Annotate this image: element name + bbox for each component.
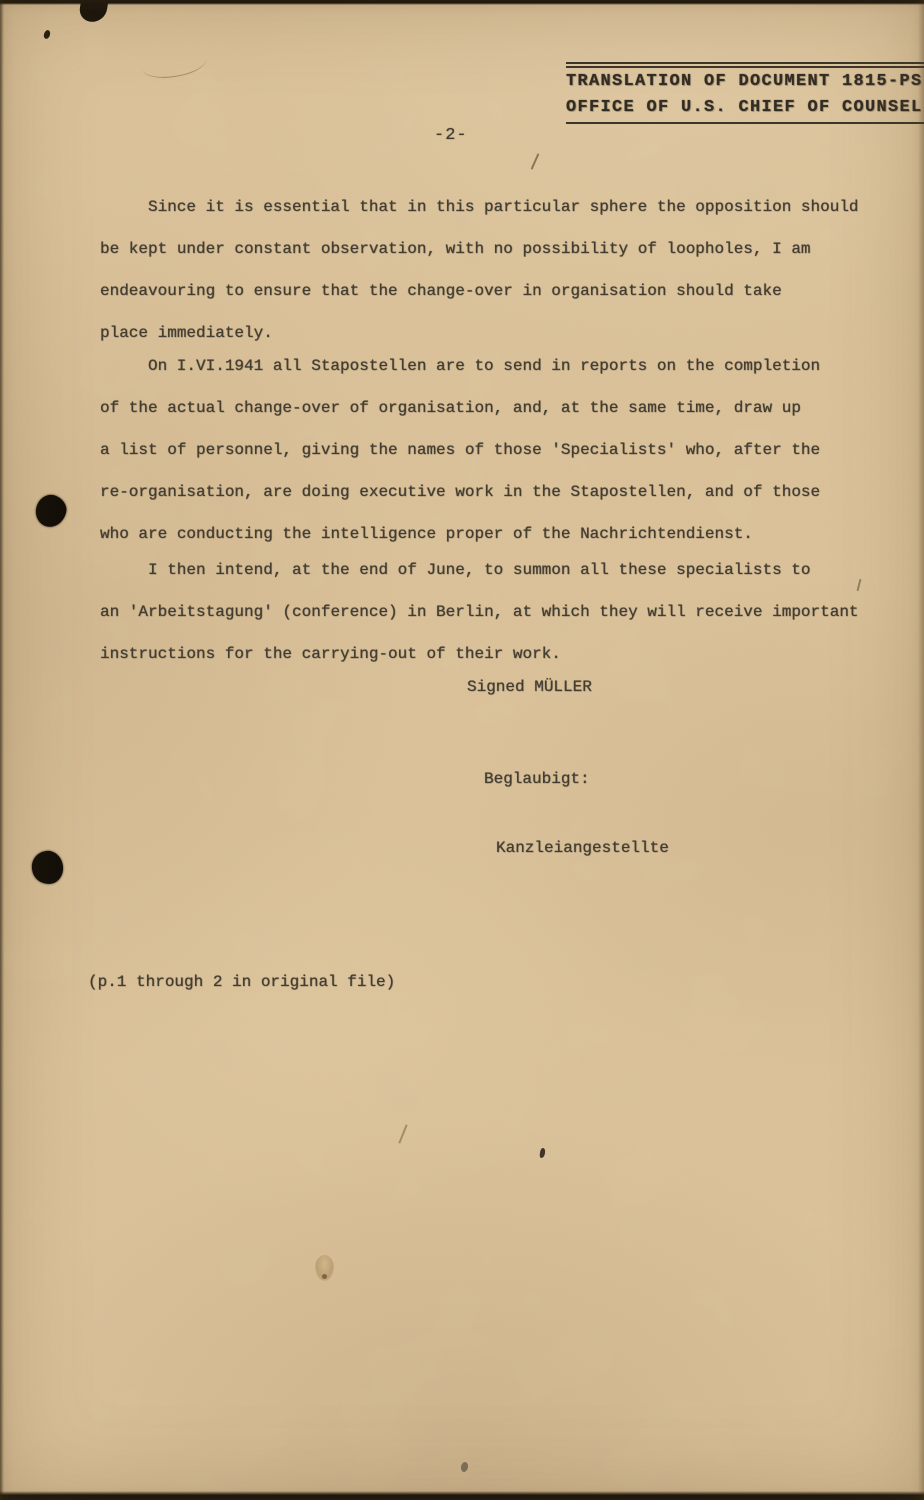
ink-speck: [460, 1461, 469, 1472]
stray-pen-mark: [531, 153, 540, 169]
text-line: I then intend, at the end of June, to su…: [100, 549, 890, 591]
paper-smudge: [315, 1255, 334, 1281]
paper-scratch: [140, 47, 207, 82]
signature-signed-line: Signed MÜLLER: [467, 676, 592, 698]
paper-scratch: [398, 1124, 407, 1143]
text-line: an 'Arbeitstagung' (conference) in Berli…: [100, 591, 890, 633]
text-line: re-organisation, are doing executive wor…: [100, 471, 890, 513]
scan-edge-top: [0, 0, 924, 5]
text-line: instructions for the carrying-out of the…: [100, 633, 890, 675]
attestation-block: Beglaubigt: Kanzleiangestellte: [484, 722, 669, 906]
text-line: On I.VI.1941 all Stapostellen are to sen…: [100, 345, 890, 387]
stamp-top-rule: [566, 62, 924, 69]
scan-edge-bottom: [0, 1491, 924, 1500]
attest-line-2: Kanzleiangestellte: [484, 837, 669, 860]
paragraph-3: I then intend, at the end of June, to su…: [100, 549, 890, 675]
text-line: of the actual change-over of organisatio…: [100, 387, 890, 429]
hole-punch-upper: [33, 492, 70, 530]
corner-tear-mark: [78, 0, 109, 24]
stamp-line-1: TRANSLATION OF DOCUMENT 1815-PS: [566, 69, 924, 95]
attest-line-1: Beglaubigt:: [484, 768, 669, 791]
scan-edge-right: [918, 0, 924, 1500]
footnote: (p.1 through 2 in original file): [88, 971, 395, 993]
stamp-line-2: OFFICE OF U.S. CHIEF OF COUNSEL: [566, 95, 924, 124]
scanned-document-page: TRANSLATION OF DOCUMENT 1815-PS OFFICE O…: [0, 0, 924, 1500]
ink-speck: [322, 1274, 327, 1279]
paragraph-2: On I.VI.1941 all Stapostellen are to sen…: [100, 345, 890, 555]
hole-punch-lower: [30, 849, 65, 886]
scan-edge-left: [0, 0, 4, 1500]
ink-speck: [43, 29, 51, 39]
text-line: Since it is essential that in this parti…: [100, 186, 890, 228]
text-line: endeavouring to ensure that the change-o…: [100, 270, 890, 312]
text-line: be kept under constant observation, with…: [100, 228, 890, 270]
page-number: -2-: [434, 126, 468, 145]
ink-speck: [539, 1148, 545, 1159]
text-line: a list of personnel, giving the names of…: [100, 429, 890, 471]
paragraph-1: Since it is essential that in this parti…: [100, 186, 890, 354]
translation-stamp: TRANSLATION OF DOCUMENT 1815-PS OFFICE O…: [566, 62, 924, 124]
